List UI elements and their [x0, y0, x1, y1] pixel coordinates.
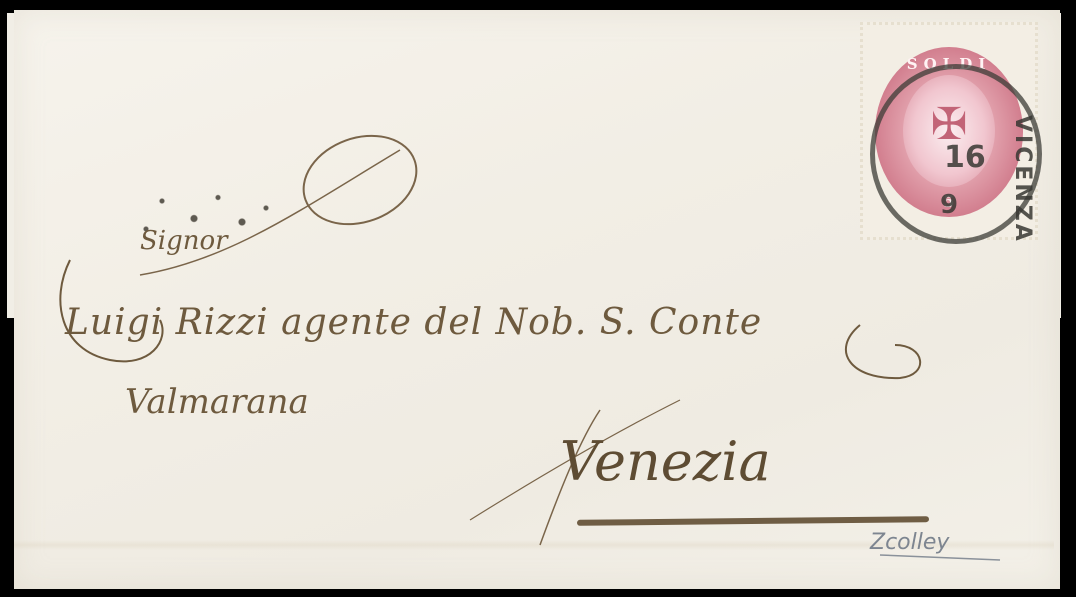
handwriting-flourishes: [0, 0, 1076, 597]
address-salutation: Signor: [140, 226, 228, 256]
pencil-signature: Zcolley: [870, 530, 949, 555]
address-city: Venezia: [560, 430, 771, 493]
address-line-1: Luigi Rizzi agente del Nob. S. Conte: [65, 302, 762, 343]
address-line-2: Valmarana: [125, 382, 309, 422]
